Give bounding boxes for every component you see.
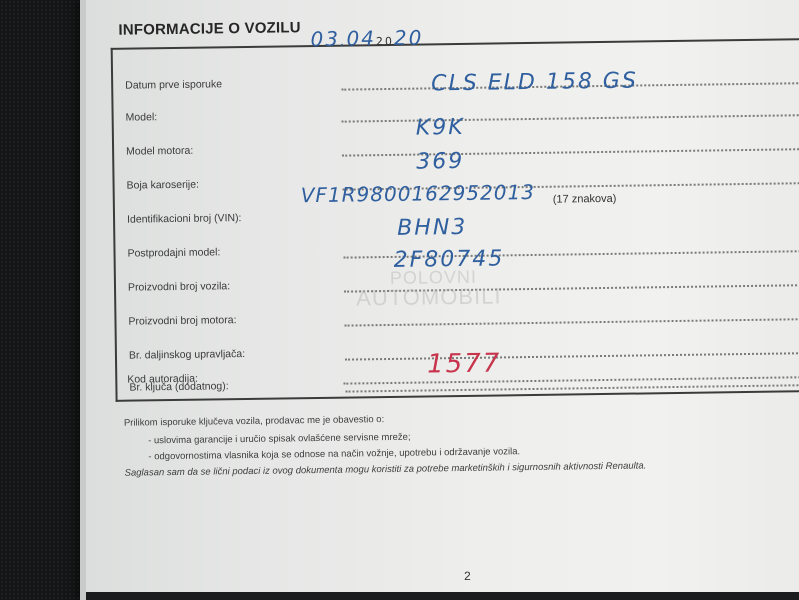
- watermark-line2: AUTOMOBILI: [356, 286, 502, 308]
- consent-text: Saglasan sam da se lični podaci iz ovog …: [125, 460, 647, 478]
- field-label: Postprodajni model:: [127, 246, 220, 259]
- page-title: INFORMACIJE O VOZILU: [118, 19, 301, 39]
- model-value: CLS ELD 158 GS: [431, 68, 638, 96]
- engine-model-value: K9K: [416, 115, 465, 141]
- item-responsibilities: - odgovornostima vlasnika koja se odnose…: [148, 446, 520, 462]
- field-label: Proizvodni broj vozila:: [128, 280, 230, 293]
- date-day: 03: [310, 27, 340, 51]
- field-label: Proizvodni broj motora:: [128, 314, 236, 328]
- aftersales-model-value: BHN3: [397, 215, 467, 241]
- radio-code-value: 1577: [427, 348, 502, 379]
- field-label: Boja karoserije:: [127, 179, 200, 192]
- item-warranty: - uslovima garancije i uručio spisak ovl…: [148, 432, 411, 447]
- date-year-suffix: 20: [394, 25, 424, 49]
- field-label: Model:: [126, 111, 158, 123]
- field-label: Model motora:: [126, 145, 193, 158]
- field-label: Datum prve isporuke: [125, 78, 222, 91]
- page-number: 2: [464, 569, 471, 583]
- field-label: Identifikacioni broj (VIN):: [127, 212, 242, 226]
- vin-value: VF1R9800162952013: [301, 180, 536, 207]
- vehicle-info-box: Datum prve isporuke Model: CLS ELD 158 G…: [111, 38, 799, 402]
- body-color-value: 369: [416, 149, 464, 175]
- date-year-prefix: 20: [376, 35, 394, 48]
- document-page: INFORMACIJE O VOZILU Datum prve isporuke…: [80, 0, 799, 600]
- intro-text: Prilikom isporuke ključeva vozila, proda…: [124, 414, 384, 429]
- vin-note: (17 znakova): [553, 193, 617, 206]
- watermark: POLOVNI AUTOMOBILI: [356, 266, 502, 308]
- date-month: 04: [346, 26, 376, 50]
- delivery-date: 03.042020: [310, 25, 423, 51]
- field-label: Kod autoradija:: [127, 373, 198, 386]
